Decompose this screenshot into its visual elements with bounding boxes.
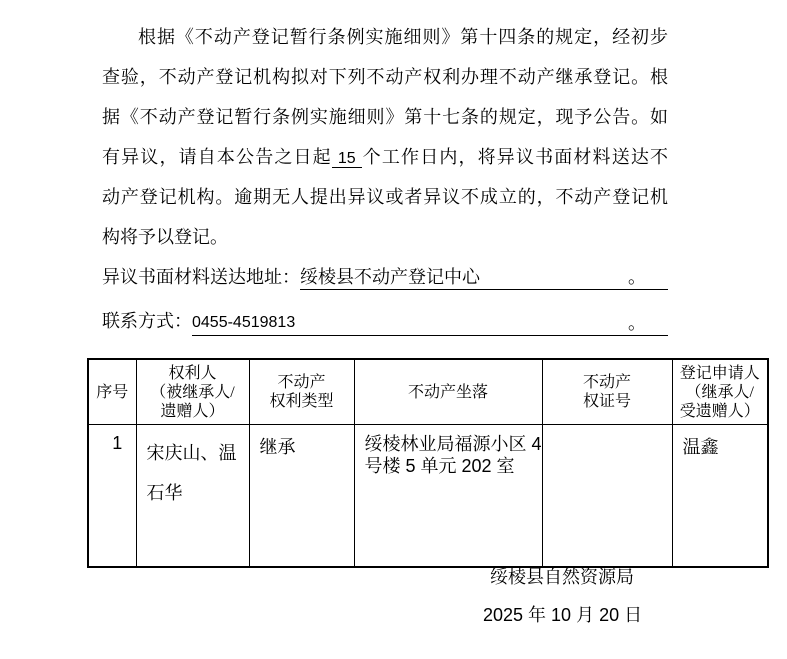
notice-line-5: 动产登记机构。逾期无人提出异议或者异议不成立的，不动产登记机 [102, 177, 668, 217]
property-registration-table: 序号 权利人 （被继承人/ 遗赠人） 不动产 权利类型 不动产坐落 不动产 权证… [87, 358, 769, 568]
issue-date: 2025 年 10 月 20 日 [483, 601, 642, 627]
table-header-row: 序号 权利人 （被继承人/ 遗赠人） 不动产 权利类型 不动产坐落 不动产 权证… [88, 359, 768, 425]
contact-label: 联系方式： [102, 301, 192, 341]
col-header-right-type: 不动产 权利类型 [249, 359, 354, 425]
notice-line-4: 有异议，请自本公告之日起15个工作日内，将异议书面材料送达不 [102, 137, 668, 177]
objection-address-period: 。 [628, 265, 646, 289]
table-row: 1 宋庆山、温 石华 继承 绥棱林业局福源小区 4 号楼 5 单元 202 室 … [88, 425, 768, 568]
col-header-owner: 权利人 （被继承人/ 遗赠人） [136, 359, 249, 425]
objection-address-line: 异议书面材料送达地址： 绥棱县不动产登记中心 。 [102, 257, 668, 297]
contact-underline: 0455-4519813 。 [192, 311, 668, 336]
notice-document: 根据《不动产登记暂行条例实施细则》第十四条的规定，经初步 查验，不动产登记机构拟… [0, 0, 787, 659]
notice-line-2: 查验，不动产登记机构拟对下列不动产权利办理不动产继承登记。根 [102, 57, 668, 97]
notice-body: 根据《不动产登记暂行条例实施细则》第十四条的规定，经初步 查验，不动产登记机构拟… [102, 17, 668, 341]
objection-address-underline: 绥棱县不动产登记中心 。 [300, 265, 668, 290]
cell-right-type: 继承 [249, 425, 354, 568]
notice-line-4-suffix: 个工作日内，将异议书面材料送达不 [362, 147, 668, 167]
cell-seq: 1 [88, 425, 136, 568]
notice-line-1: 根据《不动产登记暂行条例实施细则》第十四条的规定，经初步 [102, 17, 668, 57]
col-header-applicant: 登记申请人 （继承人/ 受遗赠人） [672, 359, 768, 425]
notice-line-4-prefix: 有异议，请自本公告之日起 [102, 147, 332, 167]
contact-period: 。 [628, 311, 646, 335]
cell-cert-no [542, 425, 672, 568]
notice-line-3: 据《不动产登记暂行条例实施细则》第十七条的规定，现予公告。如 [102, 97, 668, 137]
objection-address-label: 异议书面材料送达地址： [102, 257, 300, 297]
contact-phone-value: 0455-4519813 [192, 311, 295, 335]
objection-address-value: 绥棱县不动产登记中心 [300, 265, 480, 289]
col-header-seq: 序号 [88, 359, 136, 425]
col-header-location: 不动产坐落 [354, 359, 542, 425]
cell-applicant: 温鑫 [672, 425, 768, 568]
contact-line: 联系方式： 0455-4519813 。 [102, 301, 668, 341]
col-header-cert-no: 不动产 权证号 [542, 359, 672, 425]
notice-line-6: 构将予以登记。 [102, 217, 668, 257]
objection-days-value: 15 [332, 150, 362, 168]
cell-owner: 宋庆山、温 石华 [136, 425, 249, 568]
cell-location: 绥棱林业局福源小区 4 号楼 5 单元 202 室 [354, 425, 542, 568]
issuing-agency: 绥棱县自然资源局 [490, 563, 634, 589]
